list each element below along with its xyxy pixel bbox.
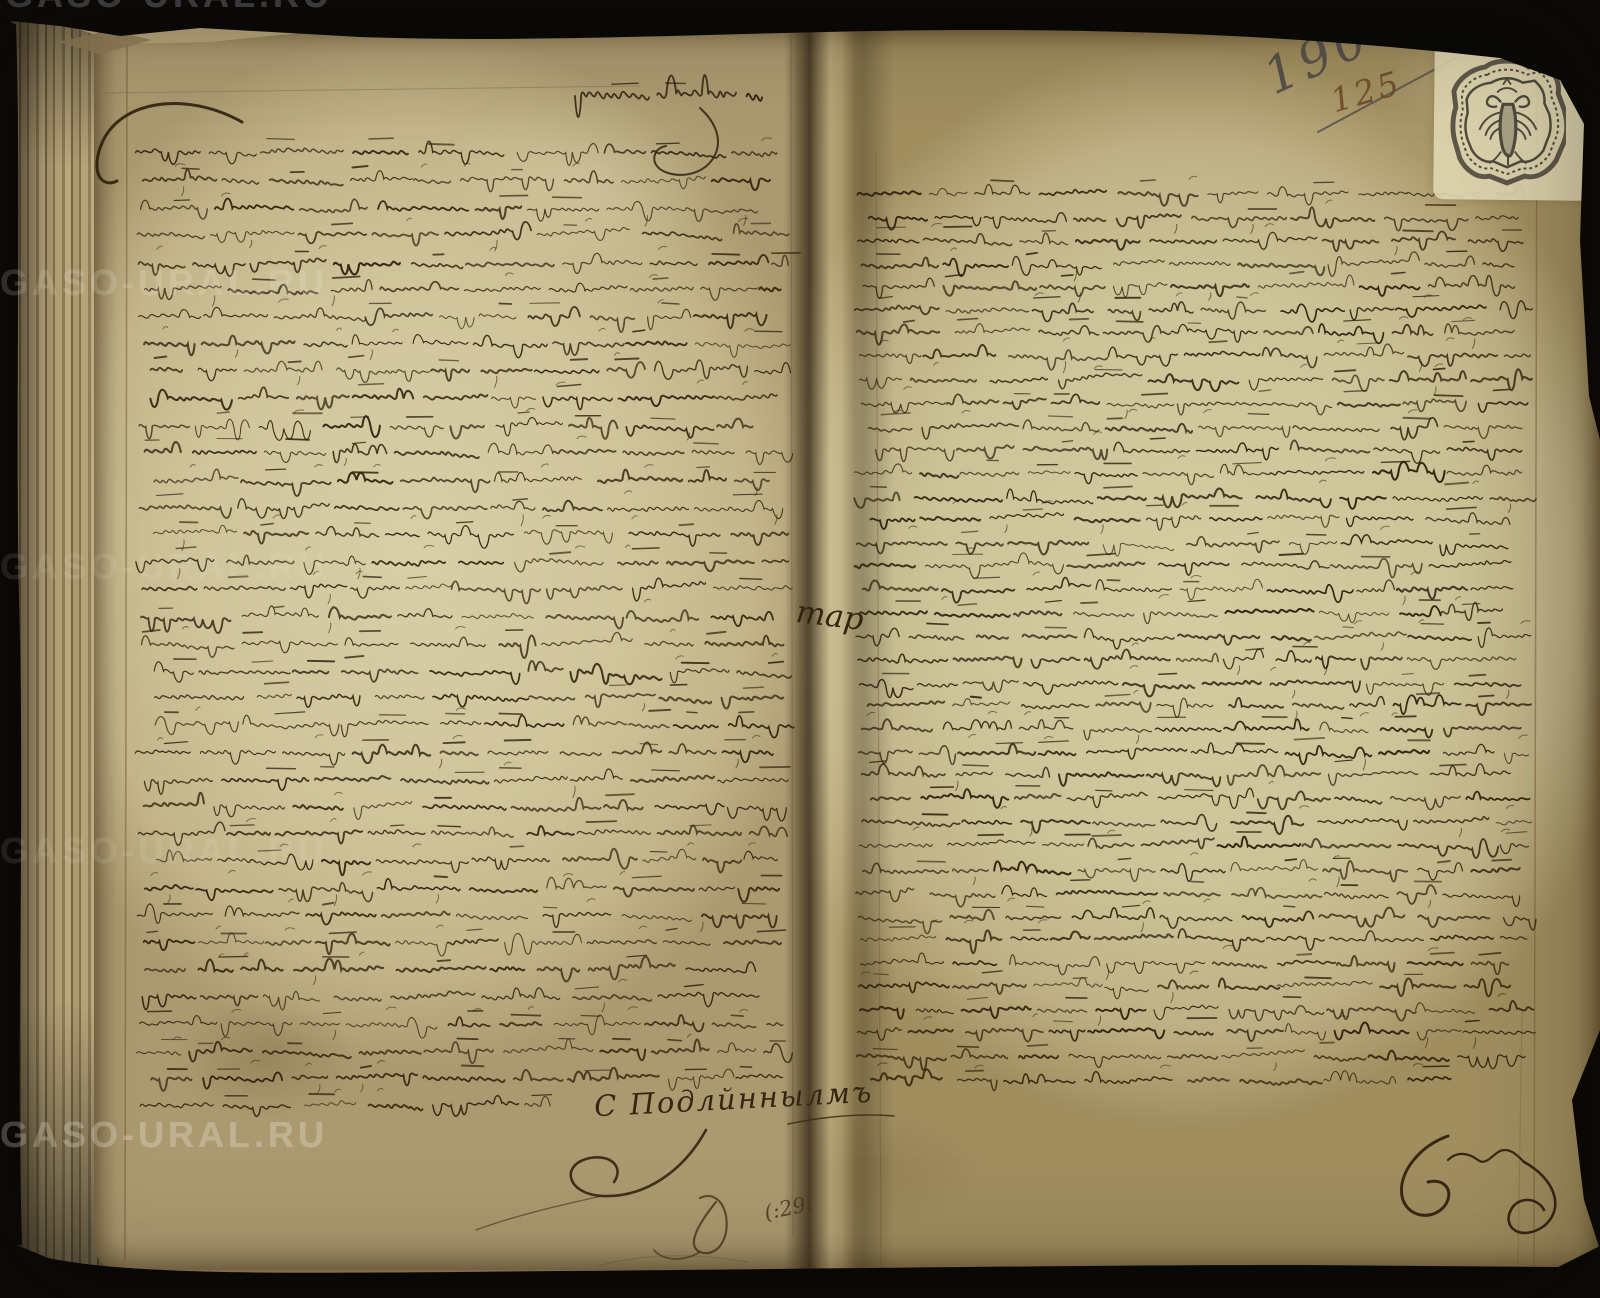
right-page: [808, 26, 1600, 1270]
left-page: [94, 26, 808, 1270]
manuscript-scan: 190 125 тар С Подлйннылмъ (:29: METRIKI.…: [0, 0, 1600, 1298]
eagle-seal-stamp-icon: [1448, 56, 1566, 188]
